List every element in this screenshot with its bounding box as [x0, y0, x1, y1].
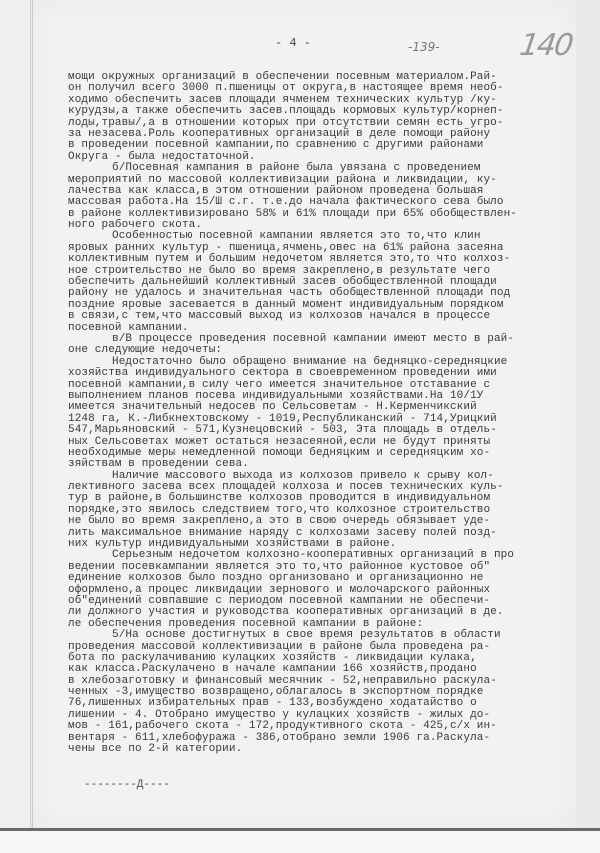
text-line: 547,Марьяновский - 571,Кузнецовский - 50…	[68, 425, 588, 436]
text-line: в связи,с тем,что массовый выход из колх…	[68, 311, 588, 322]
page-number: - 4 -	[275, 36, 311, 50]
page-bottom-edge	[0, 828, 600, 853]
page-fold-line	[32, 0, 33, 828]
archive-page-number: -139-	[408, 40, 440, 54]
typewritten-body: мощи окружных организаций в обеспечении …	[68, 72, 588, 755]
text-line: не было во время закреплено,а это в свою…	[68, 516, 588, 527]
text-line: 5/На основе достигнутых в свое время рез…	[68, 630, 588, 641]
section-end-mark: --------Д----	[84, 779, 170, 791]
text-line: коллективным путем и большим недочетом я…	[68, 254, 588, 265]
text-line: зяйствам в проведении сева.	[68, 459, 588, 470]
handwritten-folio-number: 140	[518, 28, 574, 63]
text-line: единение колхозов было поздно организова…	[68, 573, 588, 584]
text-line: б/Посевная кампания в районе была увязан…	[68, 163, 588, 174]
text-line: массовая работа.На 15/Ш с.г. т.е.до нача…	[68, 197, 588, 208]
text-line: чены все по 2-й категории.	[68, 744, 588, 755]
text-line: как класса.Раскулачено в начале кампании…	[68, 664, 588, 675]
text-line: мов - 161,рабочего скота - 172,продуктив…	[68, 721, 588, 732]
text-line: курудзы,а также обеспечить засев.площадь…	[68, 106, 588, 117]
text-line: хозяйства индивидуального сектора в свое…	[68, 368, 588, 379]
scan-margin	[0, 0, 30, 828]
text-line: имеется значительный недосев по Сельсове…	[68, 402, 588, 413]
